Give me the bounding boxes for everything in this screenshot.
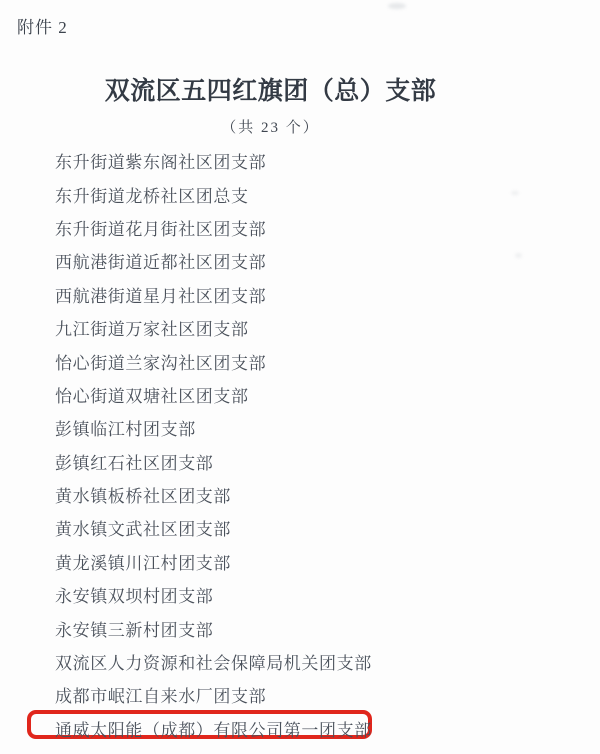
list-item-text: 成都市岷江自来水厂团支部 [55, 682, 266, 707]
list-item: 西航港街道近都社区团支部 [0, 244, 600, 277]
list-item: 彭镇临江村团支部 [0, 411, 600, 444]
list-item: 东升街道紫东阁社区团支部 [0, 144, 600, 177]
list-item: 东升街道花月街社区团支部 [0, 211, 600, 244]
list-item-text: 怡心街道双塘社区团支部 [55, 382, 249, 407]
list-item: 永安镇双坝村团支部 [0, 578, 600, 611]
list-item-text: 彭镇临江村团支部 [55, 415, 196, 440]
list-item-text: 彭镇红石社区团支部 [55, 449, 213, 474]
list-item-text: 永安镇三新村团支部 [55, 616, 213, 641]
list-item-highlighted: 通威太阳能（成都）有限公司第一团支部 [0, 712, 600, 745]
scan-artifact [511, 191, 519, 195]
list-item-text: 黄水镇文武社区团支部 [55, 515, 231, 540]
scan-artifact [515, 253, 522, 258]
list-item-text: 黄龙溪镇川江村团支部 [55, 549, 231, 574]
list-item-text: 东升街道龙桥社区团总支 [55, 182, 249, 207]
list-item-text: 怡心街道兰家沟社区团支部 [55, 349, 266, 374]
list-item-text: 东升街道花月街社区团支部 [55, 215, 266, 240]
list-item: 怡心街道双塘社区团支部 [0, 378, 600, 411]
list-item: 黄龙溪镇川江村团支部 [0, 545, 600, 578]
list-item: 彭镇红石社区团支部 [0, 445, 600, 478]
list-item-text: 东升街道紫东阁社区团支部 [55, 148, 266, 173]
list-item-text: 黄水镇板桥社区团支部 [55, 482, 231, 507]
list-item: 怡心街道兰家沟社区团支部 [0, 344, 600, 377]
list-item: 双流区人力资源和社会保障局机关团支部 [0, 645, 600, 678]
list-item: 西航港街道星月社区团支部 [0, 278, 600, 311]
attachment-label: 附件 2 [17, 13, 68, 38]
list-item-text: 通威太阳能（成都）有限公司第一团支部 [55, 716, 372, 741]
list-item: 东升街道龙桥社区团总支 [0, 177, 600, 210]
scan-artifact [388, 3, 406, 9]
list-item: 黄水镇文武社区团支部 [0, 511, 600, 544]
list-item-text: 永安镇双坝村团支部 [55, 582, 213, 607]
list-item-text: 九江街道万家社区团支部 [55, 315, 249, 340]
list-item: 成都市岷江自来水厂团支部 [0, 678, 600, 711]
list-item: 九江街道万家社区团支部 [0, 311, 600, 344]
list-item-text: 双流区人力资源和社会保障局机关团支部 [55, 649, 372, 674]
list-item: 永安镇三新村团支部 [0, 611, 600, 644]
list-item: 黄水镇板桥社区团支部 [0, 478, 600, 511]
document-page: 附件 2 双流区五四红旗团（总）支部 （共 23 个） 东升街道紫东阁社区团支部… [0, 0, 600, 754]
list-item-text: 西航港街道近都社区团支部 [55, 248, 266, 273]
count-note: （共 23 个） [0, 116, 541, 137]
list-item-text: 西航港街道星月社区团支部 [55, 282, 266, 307]
branch-list: 东升街道紫东阁社区团支部 东升街道龙桥社区团总支 东升街道花月街社区团支部 西航… [0, 144, 600, 745]
page-title: 双流区五四红旗团（总）支部 [0, 71, 541, 107]
